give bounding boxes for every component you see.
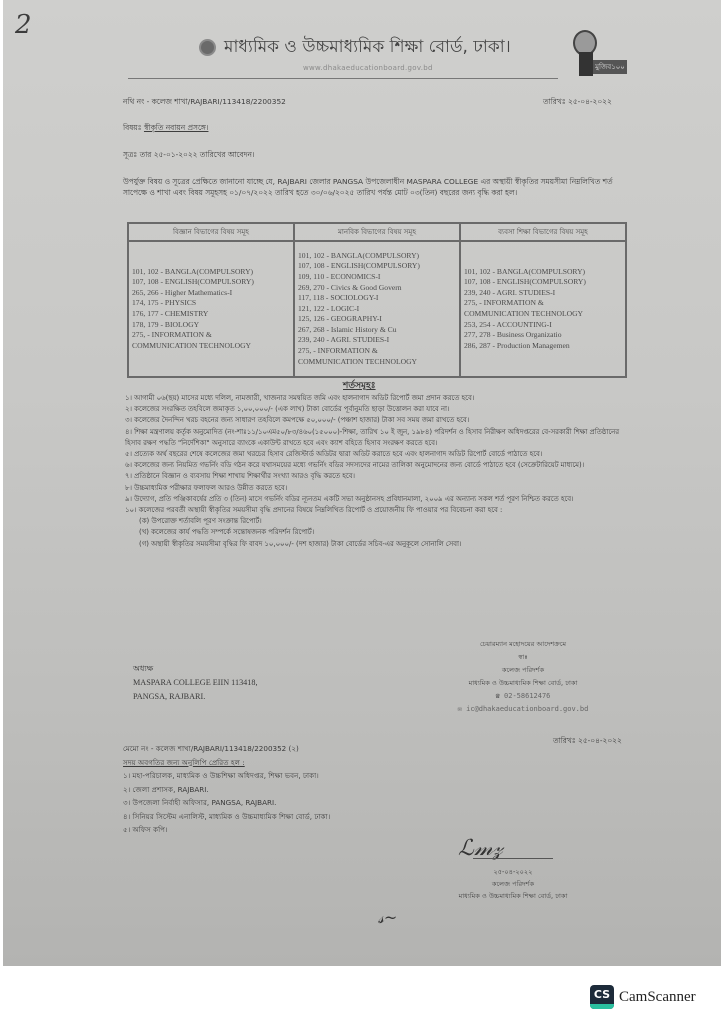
- signatory-office: মাধ্যমিক ও উচ্চমাধ্যমিক শিক্ষা বোর্ড, ঢা…: [433, 677, 613, 690]
- copy-recipient: ২। জেলা প্রশাসক, RAJBARI.: [123, 783, 643, 797]
- subject-entry: 101, 102 - BANGLA(COMPULSORY): [464, 267, 622, 278]
- conditions-title: শর্তসমূহঃ: [343, 378, 376, 393]
- letterhead-title: মাধ্যমিক ও উচ্চমাধ্যমিক শিক্ষা বোর্ড, ঢা…: [199, 34, 511, 62]
- copy-recipient: ৩। উপজেলা নির্বাহী অফিসার, PANGSA, RAJBA…: [123, 796, 643, 810]
- signed-mark: স্বাঃ: [433, 651, 613, 664]
- condition-item: ৭। প্রতিষ্ঠানে বিজ্ঞান ও ব্যবসায় শিক্ষা…: [125, 471, 635, 482]
- scanned-page: 2 মাধ্যমিক ও উচ্চমাধ্যমিক শিক্ষা বোর্ড, …: [3, 0, 721, 966]
- final-designation: কলেজ পরিদর্শক: [443, 878, 583, 890]
- reference-number: নথি নং - কলেজ শাখা/RAJBARI/113418/220035…: [123, 97, 286, 109]
- copy-recipient: ১। মহা-পরিচালক, মাধ্যমিক ও উচ্চশিক্ষা অধ…: [123, 769, 643, 783]
- condition-sub-item: (খ) কলেজের কার্য পদ্ধতি সম্পর্কে সন্তোষজ…: [139, 527, 635, 538]
- recipient-line-1: MASPARA COLLEGE EIIN 113418,: [133, 676, 258, 690]
- portrait-emblem-icon: মুজিব১০০: [563, 30, 613, 80]
- subject-entry: COMMUNICATION TECHNOLOGY: [464, 309, 622, 320]
- subject-entry: 275, - INFORMATION &: [298, 346, 456, 357]
- subject-entry: COMMUNICATION TECHNOLOGY: [132, 341, 290, 352]
- board-seal-icon: [199, 39, 216, 56]
- subject-entry: 176, 177 - CHEMISTRY: [132, 309, 290, 320]
- subject-text: স্বীকৃতি নবায়ন প্রসঙ্গে।: [144, 123, 209, 132]
- conditions-list: ১। আগামী ০৬(ছয়) মাসের মধ্যে দলিল, নামজা…: [125, 393, 635, 550]
- subject-entry: 117, 118 - SOCIOLOGY-I: [298, 293, 456, 304]
- header-humanities: মানবিক বিভাগের বিষয় সমূহ: [294, 223, 460, 241]
- subject-entry: 178, 179 - BIOLOGY: [132, 320, 290, 331]
- subject-entry: 275, - INFORMATION &: [132, 330, 290, 341]
- condition-item: ৩। কলেজের দৈনন্দিন খরচ বহনের জন্য সাধারণ…: [125, 415, 635, 426]
- subject-entry: 107, 108 - ENGLISH(COMPULSORY): [464, 277, 622, 288]
- body-paragraph: উপর্যুক্ত বিষয় ও সূত্রের প্রেক্ষিতে জান…: [123, 176, 628, 198]
- subject-entry: COMMUNICATION TECHNOLOGY: [298, 357, 456, 368]
- signature-underline: [473, 858, 553, 859]
- humanities-subjects: 101, 102 - BANGLA(COMPULSORY)107, 108 - …: [294, 241, 460, 377]
- condition-item: ৮। উচ্চমাধ্যমিক পরীক্ষার ফলাফল আরও উন্নী…: [125, 483, 635, 494]
- memo-heading: সদয় অবগতির জন্য অনুলিপি প্রেরিত হল :: [123, 756, 643, 770]
- subject-entry: 286, 287 - Production Managemen: [464, 341, 622, 352]
- camscanner-name: CamScanner: [619, 989, 696, 1006]
- condition-item: ৯। উদ্যোগ, প্রতি পঞ্জিকাবর্ষের প্রতি ৩ (…: [125, 494, 635, 505]
- subject-entry: 277, 278 - Business Organizatio: [464, 330, 622, 341]
- subject-entry: 269, 270 - Civics & Good Govern: [298, 283, 456, 294]
- memo-block: মেমো নং - কলেজ শাখা/RAJBARI/113418/22003…: [123, 742, 643, 837]
- business-subjects: 101, 102 - BANGLA(COMPULSORY)107, 108 - …: [460, 241, 626, 377]
- source-line: সূত্রঃ তার ২৫-০১-২০২২ তারিখের আবেদন।: [123, 150, 255, 162]
- subject-entry: 253, 254 - ACCOUNTING-I: [464, 320, 622, 331]
- subject-entry: 107, 108 - ENGLISH(COMPULSORY): [298, 261, 456, 272]
- recipient-line-2: PANGSA, RAJBARI.: [133, 690, 258, 704]
- subject-entry: 239, 240 - AGRI. STUDIES-I: [298, 335, 456, 346]
- memo-number: মেমো নং - কলেজ শাখা/RAJBARI/113418/22003…: [123, 742, 643, 756]
- subject-entry: 101, 102 - BANGLA(COMPULSORY): [298, 251, 456, 262]
- letterhead-website: www.dhakaeducationboard.gov.bd: [303, 64, 433, 72]
- condition-item: ৫। প্রত্যেক অর্থ বছরের শেষে কলেজের জমা খ…: [125, 449, 635, 460]
- signatory-phone: ☎ 02-58612476: [433, 690, 613, 703]
- mujib100-badge: মুজিব১০০: [593, 60, 627, 74]
- recipient-label: অধ্যক্ষ: [133, 662, 258, 676]
- final-date: ২৫-০৪-২০২২: [443, 866, 583, 878]
- signatory-designation: কলেজ পরিদর্শক: [433, 664, 613, 677]
- subject-entry: 174, 175 - PHYSICS: [132, 298, 290, 309]
- condition-item: ১। আগামী ০৬(ছয়) মাসের মধ্যে দলিল, নামজা…: [125, 393, 635, 404]
- letterhead-divider: [128, 78, 558, 79]
- on-behalf: চেয়ারম্যান মহোদয়ের আদেশক্রমে: [433, 638, 613, 651]
- condition-item: ৬। কলেজের জন্য নিয়মিত গভর্নিং বডি গঠন ক…: [125, 460, 635, 471]
- recipient-address: অধ্যক্ষ MASPARA COLLEGE EIIN 113418, PAN…: [133, 662, 258, 704]
- subject-entry: 125, 126 - GEOGRAPHY-I: [298, 314, 456, 325]
- subject-entry: 239, 240 - AGRI. STUDIES-I: [464, 288, 622, 299]
- copy-recipient: ৫। অফিস কপি।: [123, 823, 643, 837]
- condition-sub-item: (গ) অস্থায়ী স্বীকৃতির সময়সীমা বৃদ্ধির …: [139, 539, 635, 550]
- final-office: মাধ্যমিক ও উচ্চমাধ্যমিক শিক্ষা বোর্ড, ঢা…: [443, 890, 583, 902]
- header-business: ব্যবসা শিক্ষা বিভাগের বিষয় সমূহ: [460, 223, 626, 241]
- subject-line: বিষয়ঃ স্বীকৃতি নবায়ন প্রসঙ্গে।: [123, 123, 208, 135]
- condition-item: ২। কলেজের সংরক্ষিত তহবিলে জমাকৃত ১,০০,০০…: [125, 404, 635, 415]
- condition-item: ১০। কলেজের পরবর্তী অস্থায়ী স্বীকৃতির সম…: [125, 505, 635, 516]
- signatory-block: চেয়ারম্যান মহোদয়ের আদেশক্রমে স্বাঃ কলে…: [433, 638, 613, 716]
- reference-date: তারিখঃ ২৫-০৪-২০২২: [543, 97, 612, 109]
- board-name: মাধ্যমিক ও উচ্চমাধ্যমিক শিক্ষা বোর্ড, ঢা…: [224, 37, 511, 57]
- copy-recipient: ৪। সিনিয়র সিস্টেম এনালিস্ট, মাধ্যমিক ও …: [123, 810, 643, 824]
- subject-entry: 121, 122 - LOGIC-I: [298, 304, 456, 315]
- camscanner-logo-icon: CS: [590, 985, 614, 1009]
- subject-entry: 275, - INFORMATION &: [464, 298, 622, 309]
- initials-scribble: 𝓈~: [378, 908, 397, 928]
- science-subjects: 101, 102 - BANGLA(COMPULSORY)107, 108 - …: [128, 241, 294, 377]
- subject-entry: 265, 266 - Higher Mathematics-I: [132, 288, 290, 299]
- final-signature-block: ২৫-০৪-২০২২ কলেজ পরিদর্শক মাধ্যমিক ও উচ্চ…: [443, 866, 583, 902]
- handwritten-page-number: 2: [15, 10, 32, 40]
- subject-entry: 101, 102 - BANGLA(COMPULSORY): [132, 267, 290, 278]
- header-science: বিজ্ঞান বিভাগের বিষয় সমূহ: [128, 223, 294, 241]
- phone-icon: ☎: [496, 692, 504, 700]
- signatory-email: ✉ ic@dhakaeducationboard.gov.bd: [433, 703, 613, 716]
- condition-item: ৪। শিক্ষা মন্ত্রণালয় কর্তৃক অনুমোদিত (ন…: [125, 427, 635, 449]
- subject-entry: 109, 110 - ECONOMICS-I: [298, 272, 456, 283]
- email-icon: ✉: [458, 705, 466, 713]
- camscanner-watermark: CS CamScanner: [590, 985, 696, 1009]
- condition-sub-item: (ক) উপরোক্ত শর্তাবলি পূরণ সংক্রান্ত রিপো…: [139, 516, 635, 527]
- subject-label: বিষয়ঃ: [123, 123, 142, 132]
- subject-entry: 267, 268 - Islamic History & Cu: [298, 325, 456, 336]
- subjects-table: বিজ্ঞান বিভাগের বিষয় সমূহ মানবিক বিভাগে…: [127, 222, 627, 378]
- subject-entry: 107, 108 - ENGLISH(COMPULSORY): [132, 277, 290, 288]
